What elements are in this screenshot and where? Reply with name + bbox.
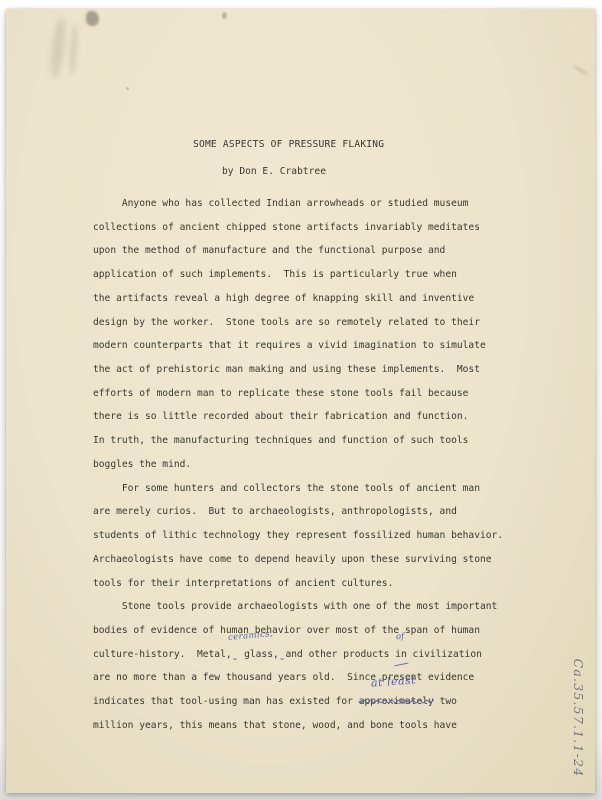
typed-line: the artifacts reveal a high degree of kn… xyxy=(93,287,533,311)
typed-line: bodies of evidence of human behavior ove… xyxy=(93,619,533,643)
typed-line: application of such implements. This is … xyxy=(93,263,533,287)
typed-line: tools for their interpretations of ancie… xyxy=(93,572,533,596)
typed-line: the act of prehistoric man making and us… xyxy=(93,358,533,382)
struck-word-approximately: at leastapproximately xyxy=(359,690,434,714)
pencil-scribble xyxy=(86,11,99,26)
typed-line: boggles the mind. xyxy=(93,453,533,477)
handwritten-correction-of: of xyxy=(396,632,405,642)
insertion-point: ceramics,⌄ xyxy=(232,643,239,667)
document-byline: by Don E. Crabtree xyxy=(222,166,326,177)
typed-line: upon the method of manufacture and the f… xyxy=(93,239,533,263)
typed-segment: glass, xyxy=(238,649,278,660)
typed-line: design by the worker. Stone tools are so… xyxy=(93,311,533,335)
typed-line: efforts of modern man to replicate these… xyxy=(93,382,533,406)
corrected-word-in: ofin xyxy=(395,643,407,667)
typed-line: million years, this means that stone, wo… xyxy=(93,714,533,738)
pencil-speck xyxy=(222,12,227,19)
typed-line: students of lithic technology they repre… xyxy=(93,524,533,548)
typed-segment: civilization xyxy=(407,649,482,660)
insertion-caret-icon: ⌄ xyxy=(279,653,286,662)
document-title: SOME ASPECTS OF PRESSURE FLAKING xyxy=(193,139,384,150)
typed-line: are no more than a few thousand years ol… xyxy=(93,666,533,690)
typed-line: For some hunters and collectors the ston… xyxy=(93,477,533,501)
ink-strike-mark xyxy=(394,659,409,667)
typed-line: In truth, the manufacturing techniques a… xyxy=(93,429,533,453)
document-body: Anyone who has collected Indian arrowhea… xyxy=(93,192,533,738)
typed-segment: two xyxy=(434,696,457,707)
typed-line-annotated: indicates that tool-using man has existe… xyxy=(93,690,533,714)
pencil-scratch xyxy=(573,64,590,76)
insertion-caret-icon: ⌄ xyxy=(232,653,239,662)
typed-segment: culture-history. Metal, xyxy=(93,649,232,660)
paper-sheet: SOME ASPECTS OF PRESSURE FLAKING by Don … xyxy=(6,9,595,793)
typed-line: collections of ancient chipped stone art… xyxy=(93,216,533,240)
typed-line: modern counterparts that it requires a v… xyxy=(93,334,533,358)
pencil-smudge xyxy=(48,16,67,79)
typed-line: there is so little recorded about their … xyxy=(93,405,533,429)
typed-line-annotated: culture-history. Metal,ceramics,⌄ glass,… xyxy=(93,643,533,667)
typed-segment: indicates that tool-using man has existe… xyxy=(93,696,359,707)
typed-line: Archaeologists have come to depend heavi… xyxy=(93,548,533,572)
typed-line: Anyone who has collected Indian arrowhea… xyxy=(93,192,533,216)
catalog-number-note: Ca.35.57.1.1-24 xyxy=(568,643,588,793)
scanned-page: SOME ASPECTS OF PRESSURE FLAKING by Don … xyxy=(0,0,602,800)
pencil-smudge xyxy=(68,25,78,75)
pencil-speck xyxy=(126,87,129,90)
typed-word-struck: approximately xyxy=(359,696,434,707)
typed-line: are merely curios. But to archaeologists… xyxy=(93,500,533,524)
typed-segment: and other products xyxy=(285,649,395,660)
typed-line: Stone tools provide archaeologists with … xyxy=(93,595,533,619)
